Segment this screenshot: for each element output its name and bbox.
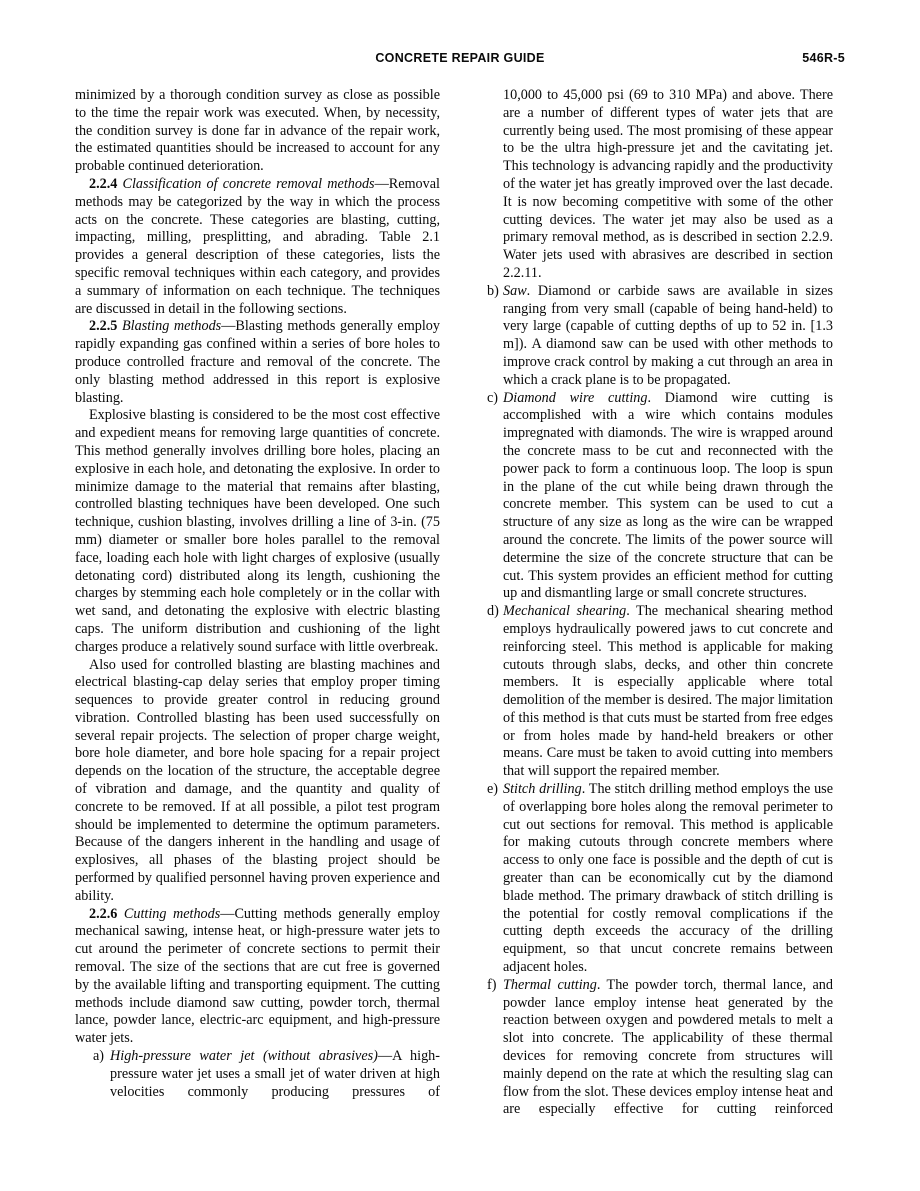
text-segment: Thermal cutting [503,977,597,993]
text-segment: . The powder torch, thermal lance, and p… [503,977,833,1118]
text-segment: 2.2.6 [89,906,117,922]
text-segment: 2.2.4 [89,176,117,192]
text-segment: Mechanical shearing [503,603,626,619]
text-segment: . The mechanical shearing method employs… [503,603,833,779]
text-segment: Classification of concrete removal metho… [117,176,374,192]
paragraph: minimized by a thorough condition survey… [75,87,440,176]
paragraph: 2.2.5 Blasting methods—Blasting methods … [75,318,440,407]
text-segment: Explosive blasting is considered to be t… [75,407,440,654]
text-segment: . Diamond or carbide saws are available … [503,283,833,388]
running-header-title: CONCRETE REPAIR GUIDE [0,51,920,65]
paragraph: Explosive blasting is considered to be t… [75,407,440,656]
list-item: e)Stitch drilling. The stitch drilling m… [487,781,833,977]
text-segment: 2.2.5 [89,318,117,334]
list-item: f)Thermal cutting. The powder torch, the… [487,977,833,1119]
text-segment: Blasting methods [117,318,221,334]
list-marker: d) [487,603,503,621]
page-number: 546R-5 [802,51,845,65]
running-header: CONCRETE REPAIR GUIDE 546R-5 [0,51,920,67]
text-segment: Diamond wire cutting [503,390,647,406]
text-segment: Also used for controlled blasting are bl… [75,657,440,904]
list-marker: a) [93,1048,110,1066]
list-item: a)High-pressure water jet (without abras… [93,1048,440,1101]
text-segment: High-pressure water jet (without abrasiv… [110,1048,378,1064]
list-marker: c) [487,390,503,408]
text-segment: —Cutting methods generally employ mechan… [75,906,440,1047]
text-segment: Cutting methods [117,906,220,922]
text-segment: Stitch drilling [503,781,582,797]
list-item: c)Diamond wire cutting. Diamond wire cut… [487,390,833,604]
document-page: CONCRETE REPAIR GUIDE 546R-5 minimized b… [0,0,920,1191]
paragraph: 2.2.4 Classification of concrete removal… [75,176,440,318]
paragraph: 2.2.6 Cutting methods—Cutting methods ge… [75,906,440,1048]
paragraph: Also used for controlled blasting are bl… [75,657,440,906]
text-segment: . The stitch drilling method employs the… [503,781,833,975]
left-column: minimized by a thorough condition survey… [75,87,440,1101]
text-segment: minimized by a thorough condition survey… [75,87,440,174]
text-segment: 10,000 to 45,000 psi (69 to 310 MPa) and… [503,87,833,281]
list-marker: f) [487,977,503,995]
list-marker: e) [487,781,503,799]
list-item: d)Mechanical shearing. The mechanical sh… [487,603,833,781]
list-item-continuation: 10,000 to 45,000 psi (69 to 310 MPa) and… [487,87,833,283]
right-column: 10,000 to 45,000 psi (69 to 310 MPa) and… [487,87,833,1119]
list-marker: b) [487,283,503,301]
text-segment: —Removal methods may be categorized by t… [75,176,440,317]
text-segment: Saw [503,283,527,299]
text-segment: . Diamond wire cutting is accomplished w… [503,390,833,602]
list-item: b)Saw. Diamond or carbide saws are avail… [487,283,833,390]
